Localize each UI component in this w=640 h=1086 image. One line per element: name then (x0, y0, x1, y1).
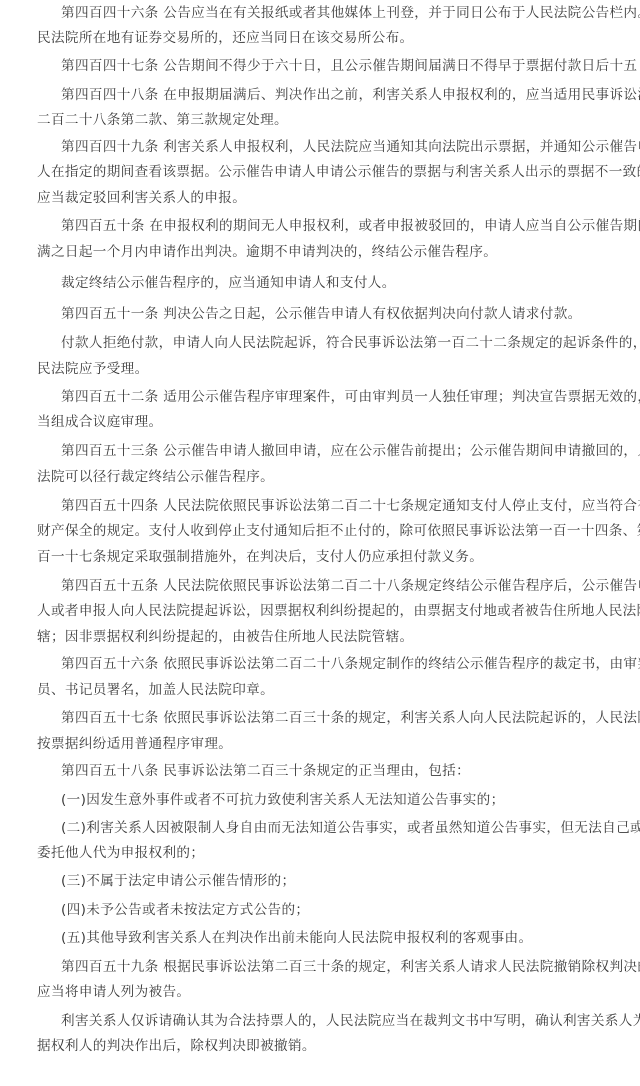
paragraph-first-line: 第四百五十九条 根据民事诉讼法第二百三十条的规定，利害关系人请求人民法院撤销除权… (61, 958, 631, 976)
paragraph-first-line: 利害关系人仅诉请确认其为合法持票人的，人民法院应当在裁判文书中写明，确认利害关系… (61, 1012, 631, 1030)
paragraph-line: 应当裁定驳回利害关系人的申报。 (37, 189, 607, 207)
paragraph-line: 百一十七条规定采取强制措施外，在判决后，支付人仍应承担付款义务。 (37, 548, 607, 566)
paragraph-first-line: 第四百四十七条 公告期间不得少于六十日，且公示催告期间届满日不得早于票据付款日后… (61, 57, 631, 75)
paragraph-first-line: (一)因发生意外事件或者不可抗力致使利害关系人无法知道公告事实的； (61, 791, 631, 809)
paragraph-first-line: (五)其他导致利害关系人在判决作出前未能向人民法院申报权利的客观事由。 (61, 929, 631, 947)
paragraph-first-line: 第四百五十条 在申报权利的期间无人申报权利，或者申报被驳回的，申请人应当自公示催… (61, 217, 631, 235)
paragraph-line: 人在指定的期间查看该票据。公示催告申请人申请公示催告的票据与利害关系人出示的票据… (37, 163, 607, 181)
paragraph-line: 财产保全的规定。支付人收到停止支付通知后拒不止付的，除可依照民事诉讼法第一百一十… (37, 522, 607, 540)
paragraph-first-line: 第四百五十六条 依照民事诉讼法第二百二十八条规定制作的终结公示催告程序的裁定书，… (61, 655, 631, 673)
paragraph-line: 人或者申报人向人民法院提起诉讼，因票据权利纠纷提起的，由票据支付地或者被告住所地… (37, 602, 607, 620)
paragraph-first-line: 第四百五十四条 人民法院依照民事诉讼法第二百二十七条规定通知支付人停止支付，应当… (61, 497, 631, 515)
paragraph-line: 民法院所在地有证券交易所的，还应当同日在该交易所公布。 (37, 29, 607, 47)
paragraph-first-line: 第四百四十八条 在申报期届满后、判决作出之前，利害关系人申报权利的，应当适用民事… (61, 86, 631, 104)
paragraph-line: 按票据纠纷适用普通程序审理。 (37, 735, 607, 753)
paragraph-first-line: (四)未予公告或者未按法定方式公告的； (61, 901, 631, 919)
paragraph-line: 辖；因非票据权利纠纷提起的，由被告住所地人民法院管辖。 (37, 628, 607, 646)
paragraph-line: 应当将申请人列为被告。 (37, 983, 607, 1001)
paragraph-first-line: 第四百五十二条 适用公示催告程序审理案件，可由审判员一人独任审理；判决宣告票据无… (61, 388, 631, 406)
paragraph-line: 二百二十八条第二款、第三款规定处理。 (37, 111, 607, 129)
paragraph-line: 员、书记员署名，加盖人民法院印章。 (37, 681, 607, 699)
paragraph-first-line: 第四百五十五条 人民法院依照民事诉讼法第二百二十八条规定终结公示催告程序后，公示… (61, 577, 631, 595)
paragraph-first-line: 第四百五十七条 依照民事诉讼法第二百三十条的规定，利害关系人向人民法院起诉的，人… (61, 709, 631, 727)
paragraph-line: 民法院应予受理。 (37, 360, 607, 378)
paragraph-line: 当组成合议庭审理。 (37, 413, 607, 431)
paragraph-first-line: 第四百四十六条 公告应当在有关报纸或者其他媒体上刊登，并于同日公布于人民法院公告… (61, 4, 631, 22)
paragraph-first-line: (二)利害关系人因被限制人身自由而无法知道公告事实，或者虽然知道公告事实，但无法… (61, 819, 631, 837)
paragraph-first-line: 付款人拒绝付款，申请人向人民法院起诉，符合民事诉讼法第一百二十二条规定的起诉条件… (61, 334, 631, 352)
paragraph-line: 据权利人的判决作出后，除权判决即被撤销。 (37, 1037, 607, 1055)
paragraph-line: 满之日起一个月内申请作出判决。逾期不申请判决的，终结公示催告程序。 (37, 243, 607, 261)
paragraph-first-line: 裁定终结公示催告程序的，应当通知申请人和支付人。 (61, 274, 631, 292)
paragraph-first-line: 第四百五十三条 公示催告申请人撤回申请，应在公示催告前提出；公示催告期间申请撤回… (61, 442, 631, 460)
paragraph-line: 法院可以径行裁定终结公示催告程序。 (37, 468, 607, 486)
paragraph-first-line: (三)不属于法定申请公示催告情形的； (61, 872, 631, 890)
paragraph-first-line: 第四百四十九条 利害关系人申报权利，人民法院应当通知其向法院出示票据，并通知公示… (61, 138, 631, 156)
paragraph-first-line: 第四百五十八条 民事诉讼法第二百三十条规定的正当理由，包括： (61, 762, 631, 780)
paragraph-line: 委托他人代为申报权利的； (37, 844, 607, 862)
paragraph-first-line: 第四百五十一条 判决公告之日起，公示催告申请人有权依据判决向付款人请求付款。 (61, 305, 631, 323)
document-page: 第四百四十六条 公告应当在有关报纸或者其他媒体上刊登，并于同日公布于人民法院公告… (0, 0, 640, 1086)
